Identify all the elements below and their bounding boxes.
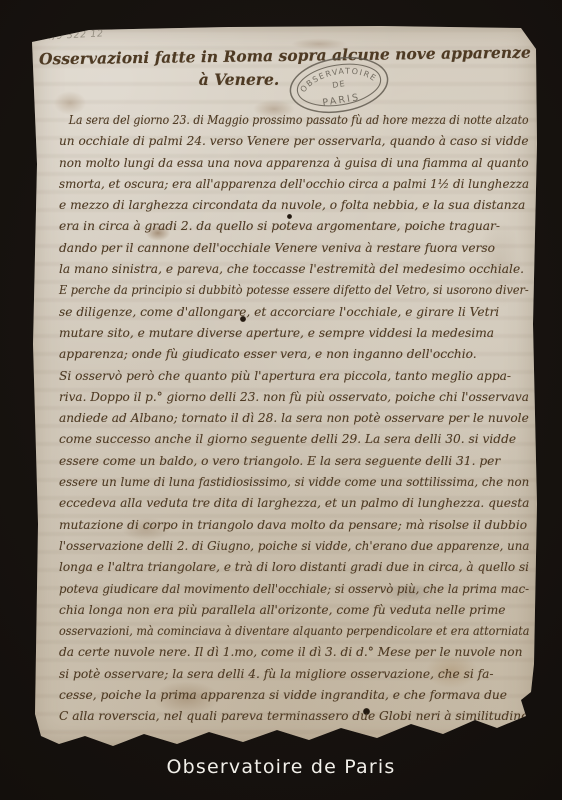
- manuscript-line: longa e l'altra triangolare, e trà di lo…: [59, 557, 525, 578]
- manuscript-line: chia longa non era più parallela all'ori…: [59, 600, 529, 621]
- manuscript-line: l'osservazione delli 2. di Giugno, poich…: [59, 536, 515, 557]
- manuscript-line: mutare sito, e mutare diverse aperture, …: [59, 323, 529, 344]
- manuscript-line: E perche da principio si dubbitò potesse…: [59, 280, 493, 301]
- manuscript-line: riva. Doppo il p.° giorno delli 23. non …: [59, 387, 523, 408]
- manuscript-line: come successo anche il giorno seguente d…: [59, 429, 529, 450]
- manuscript-line: osservazioni, mà cominciava à diventare …: [59, 621, 491, 642]
- manuscript-line: eccedeva alla veduta tre dita di larghez…: [59, 493, 529, 514]
- stamp-text-bottom: PARIS: [322, 92, 361, 109]
- manuscript-line: andiede ad Albano; tornato il dì 28. la …: [59, 408, 528, 429]
- manuscript-line: mutazione di corpo in triangolo dava mol…: [59, 515, 529, 536]
- manuscript-line: la mano sinistra, e pareva, che toccasse…: [59, 259, 529, 280]
- manuscript-line: e mezzo di larghezza circondata da nuvol…: [59, 195, 529, 216]
- manuscript-body: La sera del giorno 23. di Maggio prossim…: [59, 110, 529, 728]
- manuscript-line: Si osservò però che quanto più l'apertur…: [59, 366, 529, 387]
- manuscript-line: un occhiale di palmi 24. verso Venere pe…: [59, 131, 526, 152]
- photo-background: B4/9 322 12 Osservazioni fatte in Roma s…: [0, 0, 562, 800]
- stamp-text-middle: DE: [332, 79, 346, 90]
- manuscript-line: smorta, et oscura; era all'apparenza del…: [59, 174, 516, 195]
- manuscript-line: essere un lume di luna fastidiosissimo, …: [59, 472, 514, 493]
- manuscript-line: apparenza; onde fù giudicato esser vera,…: [59, 344, 529, 365]
- manuscript-line: non molto lungi da essa una nova apparen…: [59, 153, 521, 174]
- manuscript-line: era in circa à gradi 2. da quello si pot…: [59, 216, 529, 237]
- manuscript-line: se diligenze, come d'allongare, et accor…: [59, 302, 529, 323]
- manuscript-page: B4/9 322 12 Osservazioni fatte in Roma s…: [29, 24, 539, 748]
- manuscript-line: cesse, poiche la prima apparenza si vidd…: [59, 685, 529, 706]
- manuscript-line: poteva giudicare dal movimento dell'occh…: [59, 579, 509, 600]
- manuscript-line: dando per il cannone dell'occhiale Vener…: [59, 238, 529, 259]
- manuscript-line: La sera del giorno 23. di Maggio prossim…: [59, 110, 478, 131]
- manuscript-line: essere come un baldo, o vero triangolo. …: [59, 451, 529, 472]
- caption-text: Observatoire de Paris: [0, 756, 562, 778]
- manuscript-line: da certe nuvole nere. Il dì 1.mo, come i…: [59, 642, 529, 663]
- manuscript-line: C alla roverscia, nel quali pareva termi…: [59, 706, 529, 727]
- manuscript-line: si potè osservare; la sera delli 4. fù l…: [59, 664, 529, 685]
- archive-shelfmark: B4/9 322 12: [39, 28, 104, 42]
